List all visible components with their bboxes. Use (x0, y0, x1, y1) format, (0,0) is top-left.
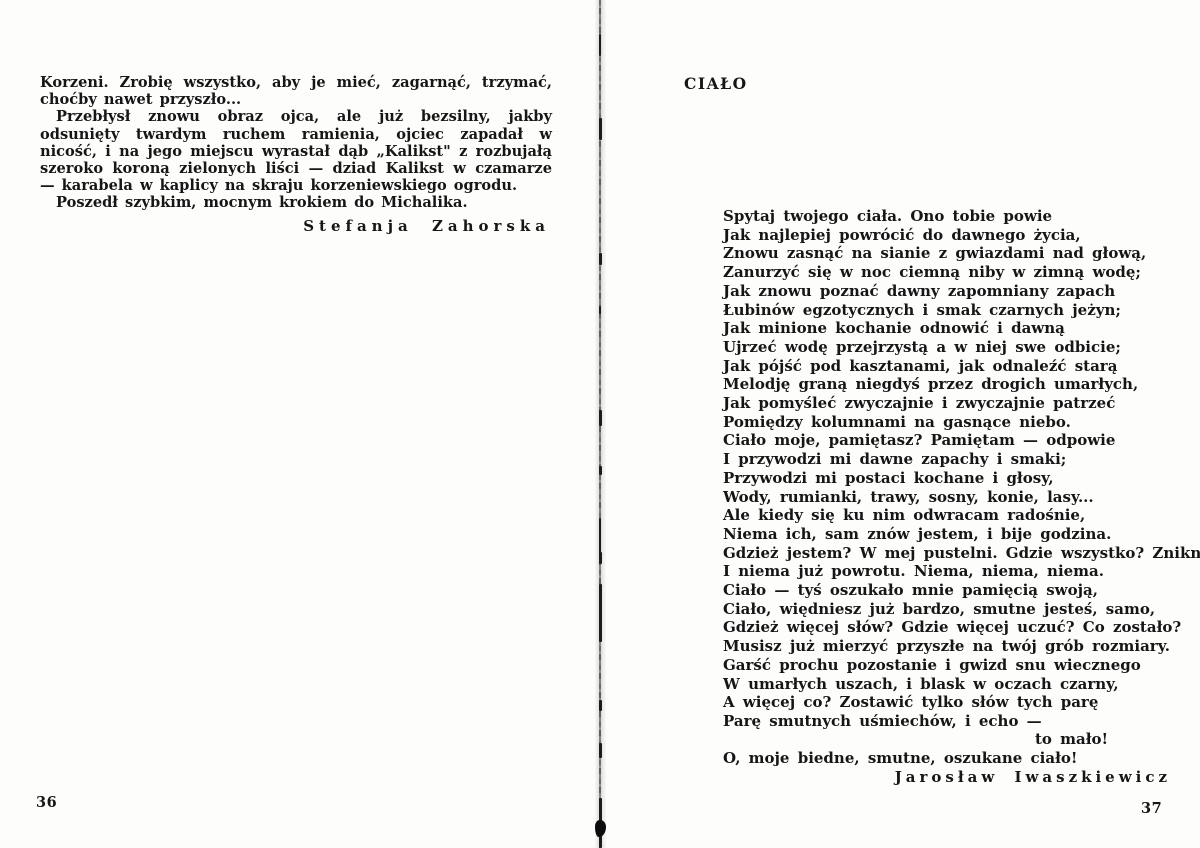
poem-line: Jak pomyśleć zwyczajnie i zwyczajnie pat… (723, 394, 1193, 413)
poem-line: A więcej co? Zostawić tylko słów tych pa… (723, 693, 1193, 712)
poem-line: Melodję graną niegdyś przez drogich umar… (723, 375, 1193, 394)
poem-body: Spytaj twojego ciała. Ono tobie powieJak… (723, 207, 1193, 731)
poem-line: Gdzież więcej słów? Gdzie więcej uczuć? … (723, 618, 1193, 637)
poem-line: Parę smutnych uśmiechów, i echo — (723, 712, 1193, 731)
poem-line: Garść prochu pozostanie i gwizd snu wiec… (723, 656, 1193, 675)
poem-line: Jak minione kochanie odnowić i dawną (723, 319, 1193, 338)
binding-gutter (595, 0, 606, 848)
poem-line: Jak znowu poznać dawny zapomniany zapach (723, 282, 1193, 301)
ink-blot (595, 820, 606, 837)
prose-block: Korzeni. Zrobię wszystko, aby je mieć, z… (40, 74, 552, 212)
poem-line: Jak najlepiej powrócić do dawnego życia, (723, 226, 1193, 245)
poem-line: Przywodzi mi postaci kochane i głosy, (723, 469, 1193, 488)
poem-line: Gdzież jestem? W mej pustelni. Gdzie wsz… (723, 544, 1193, 563)
poem-line: I niema już powrotu. Niema, niema, niema… (723, 562, 1193, 581)
poem-line: Ciało, więdniesz już bardzo, smutne jest… (723, 600, 1193, 619)
prose-paragraph: Przebłysł znowu obraz ojca, ale już bezs… (40, 108, 552, 194)
poem-line: Znowu zasnąć na sianie z gwiazdami nad g… (723, 244, 1193, 263)
prose-paragraph: Poszedł szybkim, mocnym krokiem do Micha… (40, 194, 552, 211)
poem-line: I przywodzi mi dawne zapachy i smaki; (723, 450, 1193, 469)
poem-line: Ale kiedy się ku nim odwracam radośnie, (723, 506, 1193, 525)
poem-line: Spytaj twojego ciała. Ono tobie powie (723, 207, 1193, 226)
poem-line: Wody, rumianki, trawy, sosny, konie, las… (723, 488, 1193, 507)
author-name-right: Jarosław Iwaszkiewicz (723, 768, 1171, 786)
poem-title: CIAŁO (684, 74, 748, 93)
poem-line: Ciało moje, pamiętasz? Pamiętam — odpowi… (723, 431, 1193, 450)
author-name-left: Stefanja Zahorska (40, 217, 550, 235)
page-number-left: 36 (36, 794, 57, 811)
poem-line: Pomiędzy kolumnami na gasnące niebo. (723, 413, 1193, 432)
poem-line: Musisz już mierzyć przyszłe na twój grób… (723, 637, 1193, 656)
poem-line: Ciało — tyś oszukało mnie pamięcią swoją… (723, 581, 1193, 600)
page-number-right: 37 (1141, 800, 1162, 817)
poem-line: Łubinów egzotycznych i smak czarnych jeż… (723, 301, 1193, 320)
poem-line: Jak pójść pod kasztanami, jak odnaleźć s… (723, 357, 1193, 376)
poem-line: Ujrzeć wodę przejrzystą a w niej swe odb… (723, 338, 1193, 357)
book-spread: Korzeni. Zrobię wszystko, aby je mieć, z… (0, 0, 1200, 848)
poem-closing-fragment: to mało! (1035, 730, 1108, 748)
poem-line: Zanurzyć się w noc ciemną niby w zimną w… (723, 263, 1193, 282)
poem-line: Niema ich, sam znów jestem, i bije godzi… (723, 525, 1193, 544)
poem-line: W umarłych uszach, i blask w oczach czar… (723, 675, 1193, 694)
prose-paragraph: Korzeni. Zrobię wszystko, aby je mieć, z… (40, 74, 552, 108)
poem-final-line: O, moje biedne, smutne, oszukane ciało! (723, 749, 1077, 767)
